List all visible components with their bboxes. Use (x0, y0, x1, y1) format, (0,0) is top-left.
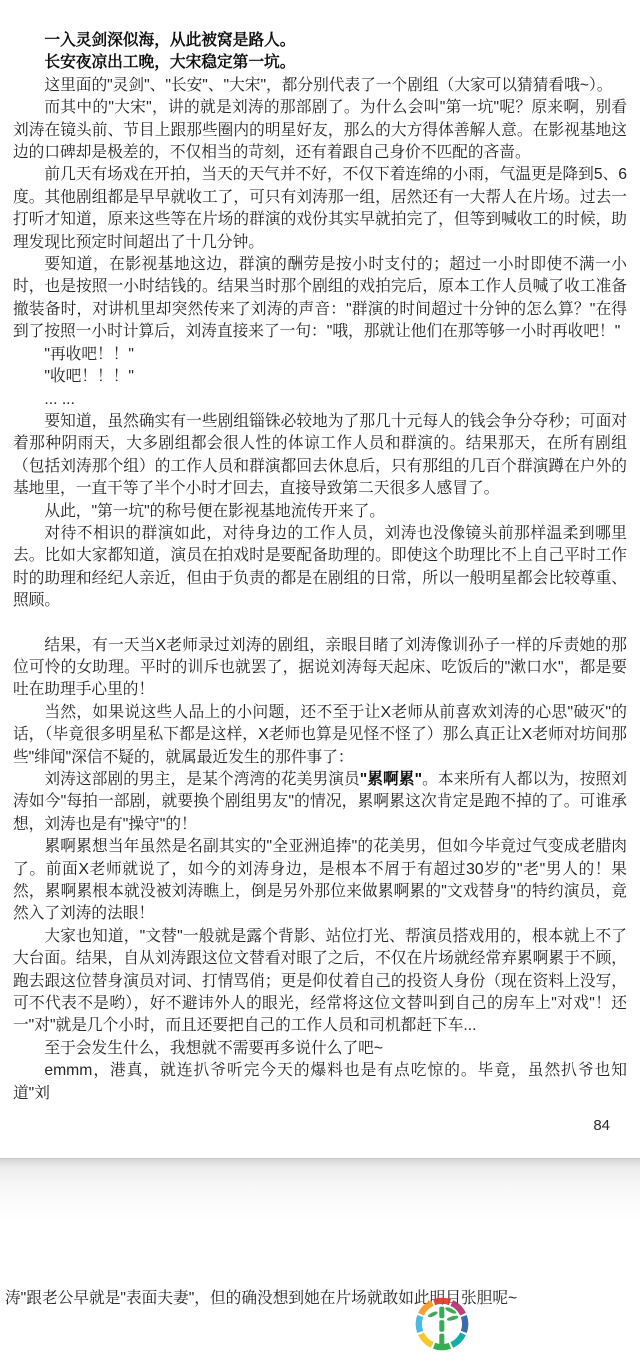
paragraph-scolding: 结果，有一天当X老师录过刘涛的剧组，亲眼目睹了刘涛像训孙子一样的斥责她的那位可怜… (13, 635, 627, 702)
ring-segment-right (464, 1316, 465, 1332)
paragraph-wait-outside: 要知道，虽然确实有一些剧组锱铢必较地为了那几十元每人的钱会争分夺秒；可面对着那种… (13, 411, 627, 501)
paragraph-emmm: emmm，港真，就连扒爷听完今天的爆料也是有点吃惊的。毕竟，虽然扒爷也知道"刘 (13, 1060, 627, 1105)
ellipsis-line: ... ... (13, 389, 627, 411)
ring-segment-bottomleft (421, 1334, 432, 1345)
male-lead-bold-name: "累啊累" (360, 771, 422, 788)
paragraph-assistant: 对待不相识的群演如此，对待身边的工作人员，刘涛也没像镜头前那样温柔到哪里去。比如… (13, 523, 627, 613)
page-1: 一入灵剑深似海，从此被窝是路人。 长安夜凉出工晚，大宋稳定第一坑。 这里面的"灵… (0, 0, 640, 1158)
bamboo-icon (427, 1306, 459, 1345)
ring-segment-bottom (434, 1346, 450, 1347)
ring-segment-topleft (421, 1303, 432, 1314)
paragraph-dasong: 而其中的"大宋"，讲的就是刘涛的那部剧了。为什么会叫"第一坑"呢？原来啊，别看刘… (13, 97, 627, 164)
male-lead-text-pre: 刘涛这部剧的男主，是某个湾湾的花美男演员 (44, 771, 359, 788)
paragraph-no-need-to-say: 至于会发生什么，我想就不需要再多说什么了吧~ (13, 1038, 627, 1060)
blank-line (13, 613, 627, 635)
page-separator (0, 1158, 640, 1166)
paragraph-nickname: 从此，"第一坑"的称号便在影视基地流传开来了。 (13, 501, 627, 523)
quote-line-1: "再收吧！！" (13, 344, 627, 366)
page-number: 84 (13, 1117, 627, 1134)
paragraph-stand-in: 累啊累想当年虽然是名副其实的"全亚洲追捧"的花美男，但如今毕竟过气变成老腊肉了。… (13, 836, 627, 926)
quote-line-2: "收吧！！！" (13, 366, 627, 388)
paragraph-hourly-pay: 要知道，在影视基地这边，群演的酬劳是按小时支付的；超过一小时即使不满一小时，也是… (13, 254, 627, 344)
ring-segment-bottomright (452, 1334, 463, 1345)
ring-segment-top (434, 1301, 450, 1302)
document-viewer: 一入灵剑深似海，从此被窝是路人。 长安夜凉出工晚，大宋稳定第一坑。 这里面的"灵… (0, 0, 640, 1353)
paragraph-male-lead: 刘涛这部剧的男主，是某个湾湾的花美男演员"累啊累"。本来所有人都以为，按照刘涛如… (13, 769, 627, 836)
page-2: 涛"跟老公早就是"表面夫妻"，但的确没想到她在片场就敢如此明目张胆呢~ (0, 1166, 640, 1353)
bamboo-ring-logo-icon (413, 1295, 471, 1353)
paragraph-trailer: 大家也知道，"文替"一般就是露个背影、站位打光、帮演员搭戏用的，根本就上不了大台… (13, 926, 627, 1038)
next-page-first-line: 涛"跟老公早就是"表面夫妻"，但的确没想到她在片场就敢如此明目张胆呢~ (5, 1288, 637, 1310)
paragraph-intro: 这里面的"灵剑"、"长安"、"大宋"，都分别代表了一个剧组（大家可以猜猜看哦~）… (13, 75, 627, 97)
paragraph-rainy-day: 前几天有场戏在开拍，当天的天气并不好，不仅下着连绵的小雨，气温更是降到5、6度。… (13, 164, 627, 254)
ring-segment-left (419, 1316, 420, 1332)
paragraph-rumors: 当然，如果说这些人品上的小问题，还不至于让X老师从前喜欢刘涛的心思"破灭"的话，… (13, 702, 627, 769)
headline-line-2: 长安夜凉出工晚，大宋稳定第一坑。 (13, 52, 627, 74)
headline-line-1: 一入灵剑深似海，从此被窝是路人。 (13, 30, 627, 52)
